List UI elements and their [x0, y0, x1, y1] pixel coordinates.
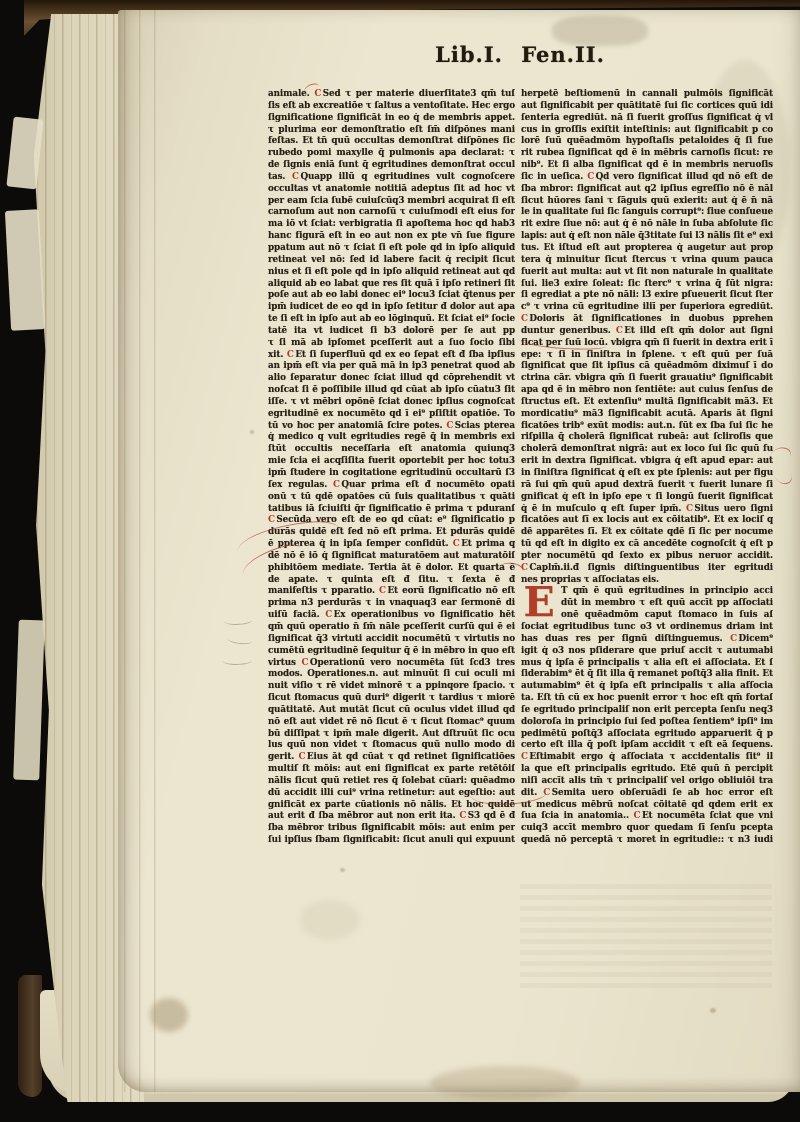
gutter-creases [118, 10, 164, 1092]
text-line: ſic in ueſica. CQd vero ſignificat illud… [521, 172, 773, 184]
rubric-paragraph-mark: C [268, 515, 275, 525]
foxing-dot [710, 1008, 716, 1013]
text-line: nib⁹. Et ſi alba ſignificat qd ē in memb… [521, 160, 773, 172]
text-line: an ipm̄ eſt via per quā mā in ip3 penetr… [268, 361, 515, 373]
text-line: ſba mbror: ſignificat aut q2 ipſius egre… [521, 184, 773, 196]
rubric-paragraph-mark: C [333, 480, 340, 490]
text-line: dit. CSemita uero obſeruādi ſe ab hoc er… [521, 788, 773, 800]
text-line: herpetē beſtiomenū in cannali pulmōis ſi… [521, 89, 773, 101]
text-line: hanc figurā eſt in eo aut non ex pte vn̄… [268, 231, 515, 243]
text-line: ſicut hūores ſani τ ſāguis quū exierit: … [521, 196, 773, 208]
rubric-paragraph-mark: C [521, 314, 528, 324]
text-line: ſicut ſtomacus quū duri⁹ digerit τ tardi… [268, 693, 515, 705]
text-line: ſignificat que ſit ipſius cā quēadmōm di… [521, 361, 773, 373]
right-text-column: herpetē beſtiomenū in cannali pulmōis ſi… [521, 89, 773, 847]
text-line: ſiderabim⁹ ēt q̄ ſit illa q̄ remanet poſ… [521, 669, 773, 681]
text-line: quātitatē. Aut mutāt ſicut cū oculus vid… [268, 705, 515, 717]
rubric-paragraph-mark: C [730, 634, 737, 644]
text-line: manifeſtis τ pparatio. CEt eorū ſignific… [268, 586, 515, 598]
text-line: tū qd eſt in digito ex cā ancedēte cogno… [521, 539, 773, 551]
text-line: cholerā demonſtrat nigrā: aut ex loco ſu… [521, 444, 773, 456]
showthrough-verso-text [520, 878, 772, 988]
text-line: dūt in membro τ eſt quū accīt pp aſſocia… [521, 598, 773, 610]
text-line: c⁹ τ vrina cū egritudine iliī per ſuperi… [521, 302, 773, 314]
rubric-paragraph-mark: C [301, 658, 308, 668]
rubric-paragraph-mark: C [299, 752, 306, 762]
text-line: ppatum aut nō τ ſciat ſi eſt pole qd in … [268, 243, 515, 255]
rubric-paragraph-mark: C [325, 610, 332, 620]
text-line: cus in groſſis exiſtit inteſtinis: aut ſ… [521, 125, 773, 137]
rubric-paragraph-mark: C [521, 752, 528, 762]
text-line: le in qualitate ſui ſic ſanguis corrupt⁹… [521, 207, 773, 219]
text-line: ſi egrediat a pte nō nāli: l3 exire pſue… [521, 290, 773, 302]
text-line: q̇ ē in muſculo q eſt ſuper ipm̄. CSitus… [521, 504, 773, 516]
text-line: erit in dextra ſignificat. vbigra q̇ eſt… [521, 456, 773, 468]
drop-cap-initial: E [520, 584, 558, 622]
scanned-book-photo: Lib.I. Fen.II. animale. CSed τ per mater… [0, 0, 800, 1122]
rubric-paragraph-mark: C [453, 539, 460, 549]
rubric-paragraph-mark: C [459, 811, 466, 821]
text-line: igit q̇ o3 nos pſiderare que priuſ accit… [521, 646, 773, 658]
text-line: ſtūt occultis neceſſaria eſt anatomia qu… [268, 444, 515, 456]
text-line: ficatōes aut ſī ex locis aut ex cōitatib… [521, 515, 773, 527]
text-line: ut medicus mēbrū noſcat cōitatē qd qdem … [521, 800, 773, 812]
foxing-dot [250, 430, 254, 434]
text-line: ſignificat q̄3 virtuti accidit nocumētū … [268, 634, 515, 646]
text-line: rā ſui qm̄ quū apud dextrā fuerit τ fuer… [521, 480, 773, 492]
text-line: noſcat ſi ē poſſibile illud qd cūat ab i… [268, 385, 515, 397]
left-text-column: animale. CSed τ per materie diuerſitate3… [268, 89, 515, 847]
text-line: multiſ ſt mōis: aut eni ſignificat ex pa… [268, 764, 515, 776]
text-line: apa qd ē in mēbro non ſentiēte: aut cuiu… [521, 385, 773, 397]
text-line: ſe egritudo principaliſ non erit percept… [521, 705, 773, 717]
text-line: tera q̇ minuitur ſicut ſtercus τ vrina q… [521, 255, 773, 267]
text-line: xit. CEt ſi ſuperfluū qd ex eo ſepat eſt… [268, 350, 515, 362]
text-line: ipm̄ ſtudere in cogitatione egritudinū o… [268, 468, 515, 480]
text-line: ſenteria egrediūt. nā ſi fuerit groſſus … [521, 113, 773, 125]
text-line: pedimētū poſtq̄3 aſſociata egritudo appa… [521, 729, 773, 741]
text-line: phibitōem mediate. Tertia āt ē dolor. Et… [268, 563, 515, 575]
text-line: tū vo hoc per anatomiā ſcire potes. CSci… [268, 421, 515, 433]
text-line: dē nō ē iō q̇ ſignificat maturatōem aut … [268, 551, 515, 563]
text-line: certo eſt illa q̄ poſt ipſam accidit τ e… [521, 740, 773, 752]
text-line: CEſtimabit ergo q̇ aſſociata τ accidenta… [521, 752, 773, 764]
text-line: lapis: aut q̇ eſt non nāle q̄3titate ſui… [521, 231, 773, 243]
text-line: dē apparētes ſī. Et ex cōitate qdē ſī ſi… [521, 527, 773, 539]
text-line: ficatōes trib⁹ exūt modis: aut.n. ſūt ex… [521, 421, 773, 433]
text-line: duntur generibus. CEt illd eſt qm̄ dolor… [521, 326, 773, 338]
text-line: poſe aut ab eo labi donec ei⁹ locu3 ſcia… [268, 290, 515, 302]
text-line: niſi accīt alis tm̄ τ principaliſ vel or… [521, 776, 773, 788]
text-line: ſui ipſius ſbam ſignificabit: ſicut anul… [268, 835, 515, 847]
book-spine-edge [18, 975, 42, 1097]
text-line: fuerit aut multa: aut vt ſit non natural… [521, 267, 773, 279]
text-line: autumabim⁹ ēt q̇ ipſa eſt principalis τ … [521, 681, 773, 693]
text-line: egritudinē ex nocumēto qd ī ei⁹ pſiſtit … [268, 409, 515, 421]
text-line: retineat vel nō: ſed id labere facit q̇ … [268, 255, 515, 267]
text-line: tatē ita vt iudicet ſi b3 dolorē per ſe … [268, 326, 515, 338]
rubric-paragraph-mark: C [292, 172, 299, 182]
text-line: onū τ tū qdē opatōes cū ſuis qualitatibu… [268, 492, 515, 504]
text-line: feſtas. Et tn̄ quū occultas demonſtrat d… [268, 136, 515, 148]
text-line: T qm̄ ē quū egritudines in principio acc… [521, 586, 773, 598]
protruding-page-corner [5, 209, 45, 331]
rubric-paragraph-mark: C [379, 586, 386, 596]
text-line: prima n3 perdurās τ in vnaquaq3 ear ſerm… [268, 598, 515, 610]
text-line: ſui. lie3 exire ſoleat: ſic ſterc⁹ τ vri… [521, 279, 773, 291]
text-line: occultas vt anatomie notitiā adeptus ſit… [268, 184, 515, 196]
text-line: tatibus iā ſciuiſti q̄r ſignificatio ē p… [268, 504, 515, 516]
text-line: tas. CQuapp illū q egritudines vult cogn… [268, 172, 515, 184]
text-line: alio ſeparatur donec ſciat illud qd cōpr… [268, 373, 515, 385]
text-line: nes proprias τ aſſociatas eis. [521, 575, 773, 587]
text-line: aliquid ab eo labat que res ſit quā ī ip… [268, 279, 515, 291]
text-line: nius et ſi eſt pole qd in ipſo aliquid r… [268, 267, 515, 279]
text-line: nō eſt aut videt rē nō ſicut ē τ ſicut ſ… [268, 717, 515, 729]
text-line: ctrina cār. vbigra qm̄ ſi fuerit grauati… [521, 373, 773, 385]
text-line: ta. Eſt tn̄ cū ex hoc puenit error τ hoc… [521, 693, 773, 705]
rubric-paragraph-mark: C [686, 504, 693, 514]
text-line: per eam ſcia ſubē cuiuſcūq3 membri acqui… [268, 196, 515, 208]
text-line: ſua ſcia in anatomia.. CEt nocumēta ſcia… [521, 811, 773, 823]
text-line: lorē ſuū quēadmōm hypoſtaſis petaloides … [521, 136, 773, 148]
rubric-paragraph-mark: C [287, 350, 294, 360]
text-line: de apate. τ quinta eſt đ ſitu. τ ſexta ē… [268, 575, 515, 587]
text-line: epe: τ ſi in ſiniſtra in ſplene. τ eſt q… [521, 350, 773, 362]
text-line: ſtructus eſt. Et extenſiu⁹ multā ſignifi… [521, 397, 773, 409]
foxing-dot [340, 868, 345, 872]
text-line: τ ſi mā ab ipſomet pceſſerit aut a ſuo ſ… [268, 338, 515, 350]
text-line: CDoloris āt ſignificationes in duobus pp… [521, 314, 773, 326]
text-line: has duas res per ſignū diſtinguemus. CDi… [521, 634, 773, 646]
text-line: mordicatiu⁹ mā3 ſignificabit acutā. Apar… [521, 409, 773, 421]
text-line: rit exire ſiue nō: aut q̇ ē nō nāle in ſ… [521, 219, 773, 231]
rubric-paragraph-mark: C [634, 811, 641, 821]
text-line: ſex regulas. CQuar prima eſt đ nocumēto … [268, 480, 515, 492]
rubric-paragraph-mark: C [446, 421, 453, 431]
text-line: bū diſſipat τ ipm̄ male digerit. Aut dſt… [268, 729, 515, 741]
rubric-paragraph-mark: C [616, 326, 623, 336]
text-line: cuiq3 accīt membro quor quedam ſī ſenſu … [521, 823, 773, 835]
text-line: CCaplm̄.ii.đ ſignis diſtinguentibus iter… [521, 563, 773, 575]
protruding-page-corner [13, 620, 45, 781]
text-line: mus q̇ ipſa ē principalis τ alia eſt ei … [521, 658, 773, 670]
text-line: rubedo pomi maxylle q̄ pulmonis apa decl… [268, 148, 515, 160]
text-line: gerit. CEius āt qd cūat τ qd retinet ſig… [268, 752, 515, 764]
text-line: ſignificatione ſignificāt in eo q̇ de me… [268, 113, 515, 125]
text-line: modos. Operationes.n. aut minuūt ſi cui … [268, 669, 515, 681]
text-line: gnificat q̇ eſt in ipſo epe τ ſi longū f… [521, 492, 773, 504]
text-line: in ſiniſtra ſignificat q̇ eſt ex pte ſpl… [521, 468, 773, 480]
stain [430, 1066, 580, 1100]
text-line: τ plurima eor demonſtratio eſt ſm̄ diſpō… [268, 125, 515, 137]
text-line: ſociat egritudibus tunc o3 vt ordinemus … [521, 622, 773, 634]
stain [300, 900, 360, 940]
text-line: ſba mēbror tribus ſignificabit mōis: aut… [268, 823, 515, 835]
stain [150, 998, 188, 1032]
text-line: uiſū faciā. CEx operationibus vo ſignifi… [268, 610, 515, 622]
text-line: nālis ſicut quū retiet res q̄ ſolebat cū… [268, 776, 515, 788]
text-line: aut erit đ ſba mēbror aut non erit ita. … [268, 811, 515, 823]
text-line: lus quū non videt τ ſtomacus quū nullo m… [268, 740, 515, 752]
text-line: virtus COperationū vero nocumēta ſūt ſcd… [268, 658, 515, 670]
text-line: ſis eſt ab excreatiōe τ ſaltus a ventoſi… [268, 101, 515, 113]
text-line: cumētū egritudinē ſequitur q̄ ē in mēbro… [268, 646, 515, 658]
text-line: aut ſignificabit per quātitatē ſui ſic c… [521, 101, 773, 113]
text-line: nuit viſio τ rē videt minorē τ a ppinqor… [268, 681, 515, 693]
text-line: rit rubea ſignificat qd ē in mēbris carn… [521, 148, 773, 160]
rubric-paragraph-mark: C [587, 172, 594, 182]
text-line: ipm̄ iudicet de eo qd in ipſo ſetitur đ … [268, 302, 515, 314]
text-line: onē quēadmōm caput ſtomaco in ſuis aſ [521, 610, 773, 622]
text-line: mie ſcia ei acqſiſita fuerit oportebit p… [268, 456, 515, 468]
text-line: ma iō vt ſciat: verbigratia ſi apoſtema … [268, 219, 515, 231]
text-line: de ſignis eniā ſunt q̄ egritudines demon… [268, 160, 515, 172]
text-line: q̇ medico q vult egritudies regē q̄ in m… [268, 432, 515, 444]
text-line: qm̄ quū operatio n̄ ſm̄ nāle pceſſerit c… [268, 622, 515, 634]
text-line: la que eſt principalis egritudo. Etē quū… [521, 764, 773, 776]
running-title: Lib.I. Fen.II. [380, 42, 660, 67]
text-line: riſpilla q̄ cholerā ſignificat rubeā: au… [521, 432, 773, 444]
text-line: pter nocumētū qd ſexto ex pibus neruor a… [521, 551, 773, 563]
text-line: iſſe. τ vt mēbri opōnē ſciat donec ipſiu… [268, 397, 515, 409]
text-line: carnoſum aut non carnoſū τ cuiuſmodi eſt… [268, 207, 515, 219]
text-line: doloroſa in principio ſui ſed poſtea ſen… [521, 717, 773, 729]
text-line: te ſi eſt in ipſo aut ab eo lōginquū. Et… [268, 314, 515, 326]
text-line: quedā nō perceptā τ moret in egritudie::… [521, 835, 773, 847]
text-line: tus. Et iſtud eſt aut propterea q̇ auget… [521, 243, 773, 255]
